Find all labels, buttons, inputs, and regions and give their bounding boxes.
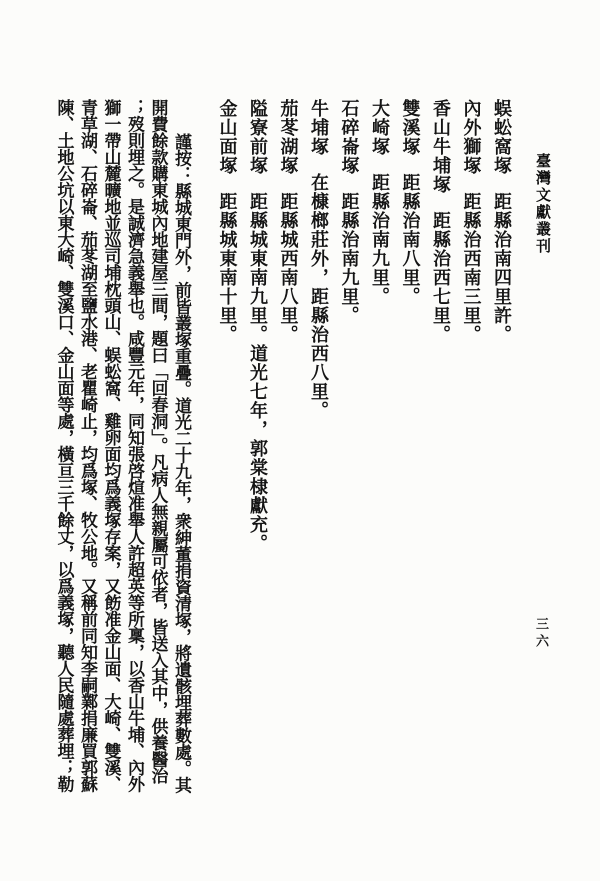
grave-name: 大崎塚 — [369, 99, 390, 156]
grave-distance: 距縣治南九里。 — [369, 156, 390, 306]
commentary-paragraph: 謹按：縣城東門外，前皆叢塚重疊。道光二十九年，衆紳董捐資清塚，將遺骸埋葬數處。其… — [51, 99, 192, 801]
grave-entry: 牛埔塚在槺榔莊外，距縣治西八里。 — [303, 99, 334, 801]
grave-entry: 石碎崙塚距縣治南九里。 — [333, 99, 364, 801]
commentary-column: ；歿則埋之。是誠濟急義舉也。咸豐元年，同知張啓煊准舉人許超英等所稟，以香山牛埔、… — [122, 99, 146, 801]
page-number: 三六 — [531, 617, 550, 651]
grave-entry: 隘寮前塚距縣城東南九里。道光七年，郭棠棣獻充。 — [242, 99, 273, 801]
grave-name: 隘寮前塚 — [247, 99, 268, 175]
grave-name: 茄苳湖塚 — [278, 99, 299, 175]
grave-distance: 距縣治南九里。 — [339, 175, 360, 325]
grave-entry: 香山牛埔塚距縣治西七里。 — [425, 99, 456, 801]
grave-distance: 在槺榔莊外，距縣治西八里。 — [308, 156, 329, 420]
grave-name: 石碎崙塚 — [339, 99, 360, 175]
commentary-column: 陳、土地公坑以東大崎、雙溪口、金山面等處，橫亘三千餘丈，以爲義塚，聽人民隨處葬埋… — [51, 99, 75, 801]
commentary-column: 青草湖、石碎崙、茄苳湖至鹽水港、老瞿崎止，均爲塚、牧公地。又稱前同知李嗣鄴捐廉買… — [75, 99, 99, 801]
grave-entry: 茄苳湖塚距縣城西南八里。 — [272, 99, 303, 801]
grave-name: 牛埔塚 — [308, 99, 329, 156]
book-page: 臺灣文獻叢刊 三六 蜈蚣窩塚距縣治南四里許。 內外獅塚距縣治西南三里。 香山牛埔… — [0, 0, 600, 881]
grave-name: 金山面塚 — [217, 99, 238, 175]
grave-entry: 蜈蚣窩塚距縣治南四里許。 — [486, 99, 517, 801]
grave-entry: 金山面塚距縣城東南十里。 — [211, 99, 242, 801]
grave-distance: 距縣治南四里許。 — [491, 175, 512, 344]
grave-name: 蜈蚣窩塚 — [491, 99, 512, 175]
grave-name: 香山牛埔塚 — [430, 99, 451, 194]
grave-entry: 大崎塚距縣治南九里。 — [364, 99, 395, 801]
grave-entry-list: 蜈蚣窩塚距縣治南四里許。 內外獅塚距縣治西南三里。 香山牛埔塚距縣治西七里。 雙… — [211, 99, 516, 801]
commentary-column: 謹按：縣城東門外，前皆叢塚重疊。道光二十九年，衆紳董捐資清塚，將遺骸埋葬數處。其 — [169, 99, 193, 801]
grave-distance: 距縣治西南三里。 — [461, 175, 482, 344]
grave-name: 雙溪塚 — [400, 99, 421, 156]
main-text-block: 蜈蚣窩塚距縣治南四里許。 內外獅塚距縣治西南三里。 香山牛埔塚距縣治西七里。 雙… — [51, 99, 516, 801]
commentary-column: 獅一帶山麓曠地並巡司埔枕頭山、蜈蚣窩、雞卵面均爲義塚存案，又飭准金山面、大崎、雙… — [98, 99, 122, 801]
grave-distance: 距縣城東南九里。道光七年，郭棠棣獻充。 — [247, 175, 268, 553]
grave-entry: 內外獅塚距縣治西南三里。 — [455, 99, 486, 801]
commentary-column: 開費餘款購東城內地建屋三間，題曰「回春洞」。凡病人無親屬可依者，皆送入其中，供養… — [145, 99, 169, 801]
grave-distance: 距縣城東南十里。 — [217, 175, 238, 344]
grave-name: 內外獅塚 — [461, 99, 482, 175]
grave-distance: 距縣治西七里。 — [430, 194, 451, 344]
grave-distance: 距縣城西南八里。 — [278, 175, 299, 344]
grave-entry: 雙溪塚距縣治南八里。 — [394, 99, 425, 801]
grave-distance: 距縣治南八里。 — [400, 156, 421, 306]
running-head-title: 臺灣文獻叢刊 — [533, 153, 554, 255]
